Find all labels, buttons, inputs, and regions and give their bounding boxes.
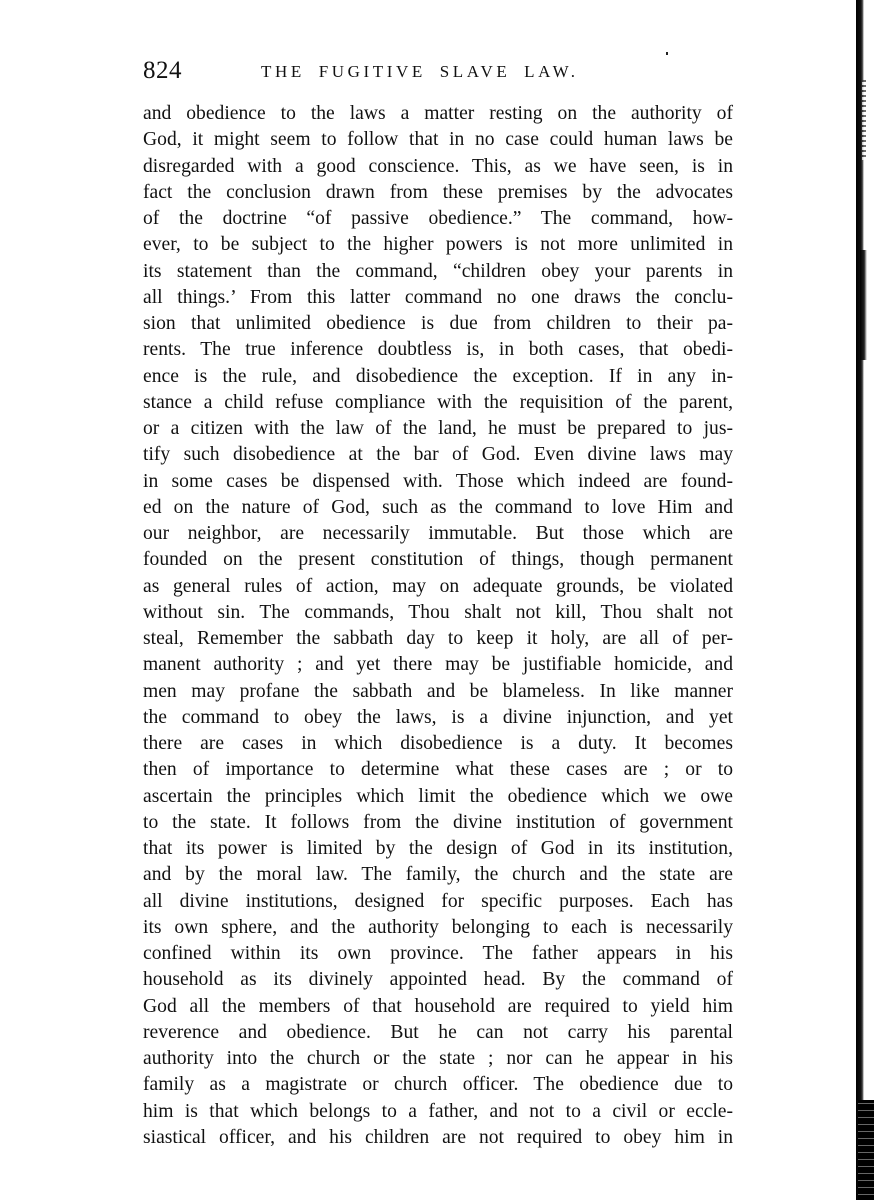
running-head: 824 THE FUGITIVE SLAVE LAW. [143, 56, 743, 86]
text-line: manent authority ; and yet there may be … [143, 652, 733, 678]
text-line: our neighbor, are necessarily immutable.… [143, 521, 733, 547]
text-line: and obedience to the laws a matter resti… [143, 101, 733, 127]
text-line: then of importance to determine what the… [143, 757, 733, 783]
text-line: household as its divinely appointed head… [143, 967, 733, 993]
text-line: rents. The true inference doubtless is, … [143, 337, 733, 363]
text-line: siastical officer, and his children are … [143, 1125, 733, 1151]
text-line: or a citizen with the law of the land, h… [143, 416, 733, 442]
text-line: sion that unlimited obedience is due fro… [143, 311, 733, 337]
text-line: tify such disobedience at the bar of God… [143, 442, 733, 468]
text-line: confined within its own province. The fa… [143, 941, 733, 967]
text-line: and by the moral law. The family, the ch… [143, 862, 733, 888]
text-line: its statement than the command, “childre… [143, 259, 733, 285]
text-line: family as a magistrate or church officer… [143, 1072, 733, 1098]
text-line: there are cases in which disobedience is… [143, 731, 733, 757]
text-line: stance a child refuse compliance with th… [143, 390, 733, 416]
book-page: 824 THE FUGITIVE SLAVE LAW. and obedienc… [0, 0, 876, 1200]
binding-speckle [862, 80, 866, 160]
text-line: the command to obey the laws, is a divin… [143, 705, 733, 731]
text-line: reverence and obedience. But he can not … [143, 1020, 733, 1046]
binding-speckle [858, 1100, 874, 1200]
page-number: 824 [143, 56, 182, 86]
body-text: and obedience to the laws a matter resti… [143, 101, 733, 1151]
text-line: God, it might seem to follow that in no … [143, 127, 733, 153]
text-line: authority into the church or the state ;… [143, 1046, 733, 1072]
page-binding-edge [856, 0, 864, 1200]
text-line: in some cases be dispensed with. Those w… [143, 469, 733, 495]
text-line: him is that which belongs to a father, a… [143, 1099, 733, 1125]
text-line: ed on the nature of God, such as the com… [143, 495, 733, 521]
text-line: of the doctrine “of passive obedience.” … [143, 206, 733, 232]
text-line: ence is the rule, and disobedience the e… [143, 364, 733, 390]
text-line: its own sphere, and the authority belong… [143, 915, 733, 941]
text-line: without sin. The commands, Thou shalt no… [143, 600, 733, 626]
running-title: THE FUGITIVE SLAVE LAW. [261, 58, 579, 86]
text-line: God all the members of that household ar… [143, 994, 733, 1020]
text-line: men may profane the sabbath and be blame… [143, 679, 733, 705]
text-line: fact the conclusion drawn from these pre… [143, 180, 733, 206]
text-line: as general rules of action, may on adequ… [143, 574, 733, 600]
text-line: founded on the present constitution of t… [143, 547, 733, 573]
print-speck [666, 52, 668, 55]
text-line: that its power is limited by the design … [143, 836, 733, 862]
text-line: ever, to be subject to the higher powers… [143, 232, 733, 258]
text-line: disregarded with a good conscience. This… [143, 154, 733, 180]
text-line: ascertain the principles which limit the… [143, 784, 733, 810]
text-line: all divine institutions, designed for sp… [143, 889, 733, 915]
binding-shadow [860, 250, 867, 360]
text-line: to the state. It follows from the divine… [143, 810, 733, 836]
text-line: steal, Remember the sabbath day to keep … [143, 626, 733, 652]
text-line: all things.’ From this latter command no… [143, 285, 733, 311]
